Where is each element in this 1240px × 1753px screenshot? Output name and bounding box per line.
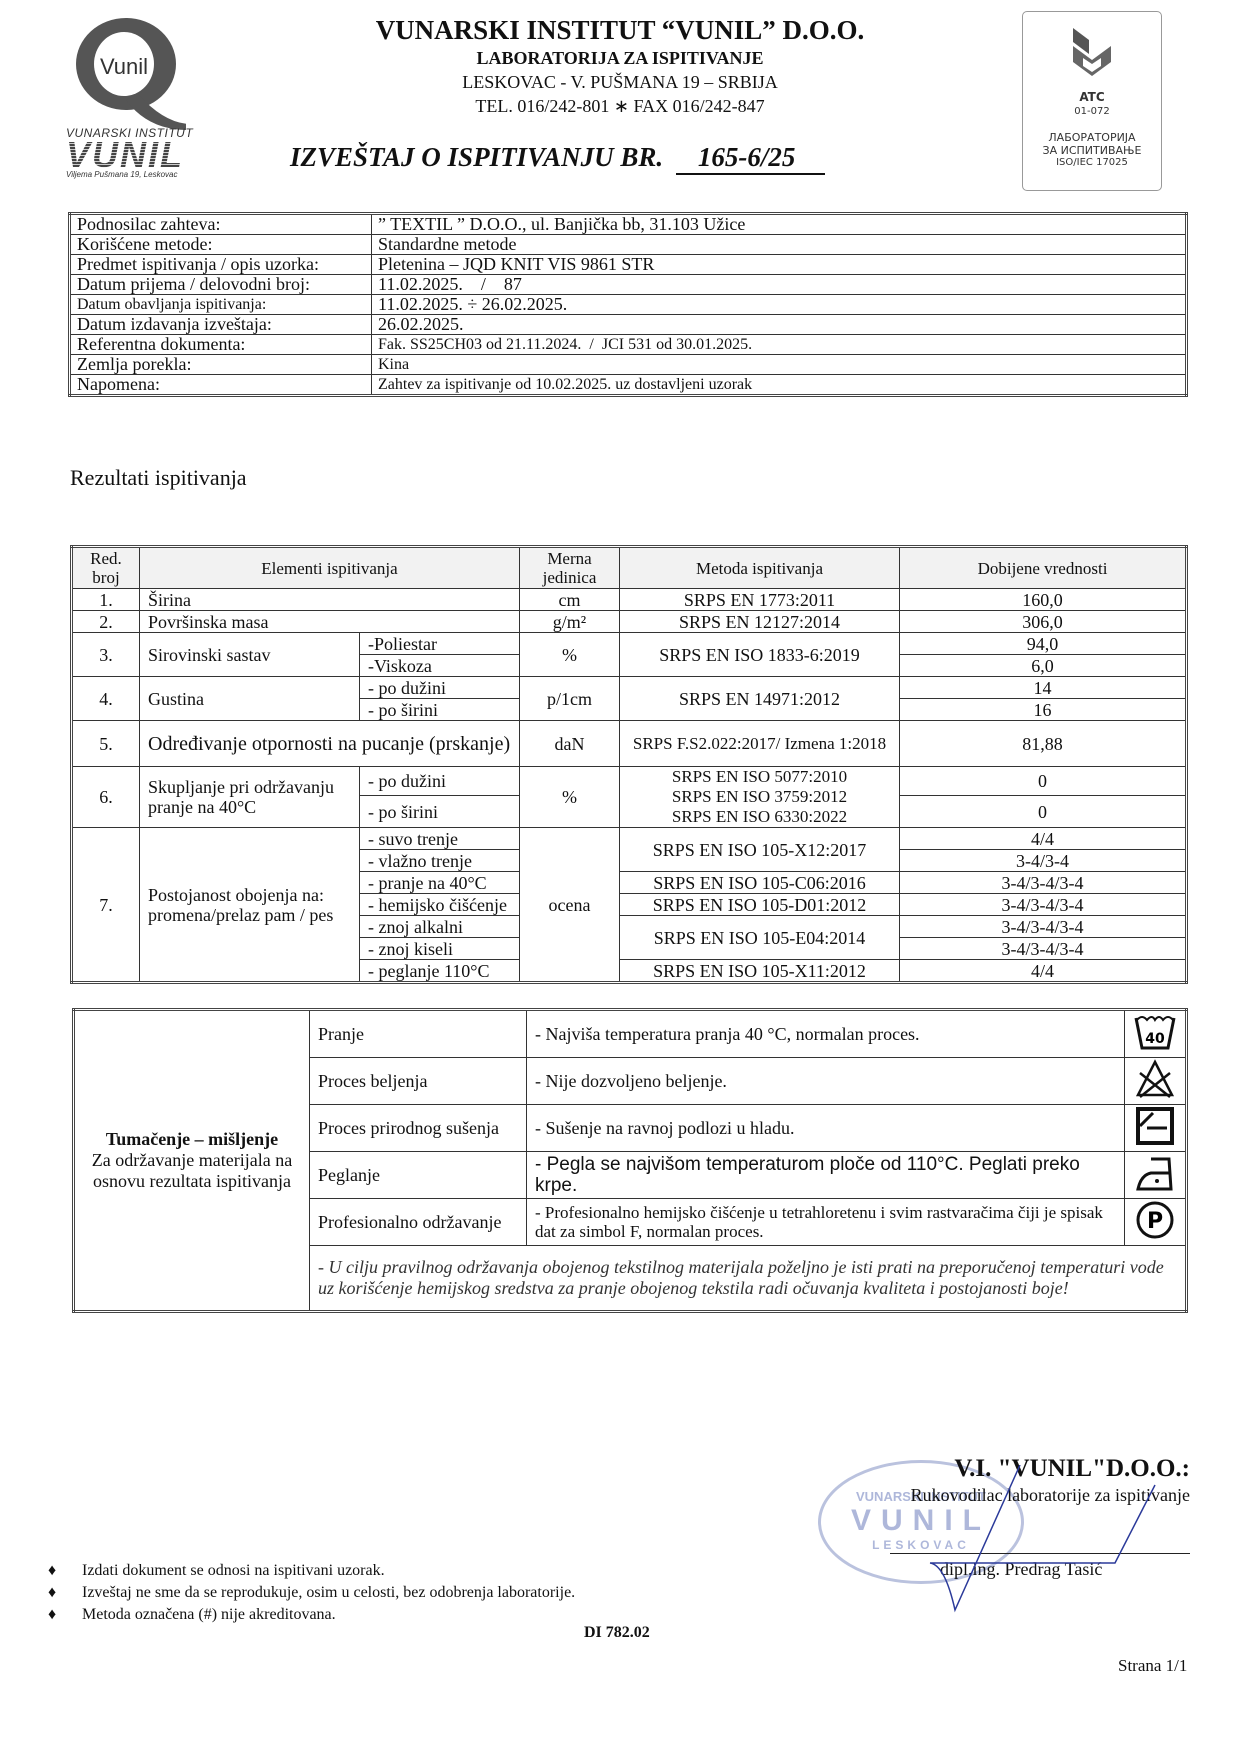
- row-subelement: - hemijsko čišćenje: [360, 894, 520, 916]
- row-unit: %: [520, 767, 620, 828]
- info-value: 11.02.2025. / 87: [372, 275, 1187, 295]
- row-no: 1.: [72, 589, 140, 611]
- footer-note: ♦Metoda označena (#) nije akreditovana.: [48, 1604, 575, 1626]
- info-row: Referentna dokumenta:Fak. SS25CH03 od 21…: [70, 335, 1187, 355]
- row-value: 3-4/3-4/3-4: [900, 894, 1187, 916]
- page-number: Strana 1/1: [1118, 1656, 1187, 1676]
- care-name: Peglanje: [310, 1152, 527, 1199]
- accreditation-badge: ATC 01-072 ЛАБОРАТОРИЈА ЗА ИСПИТИВАЊЕ IS…: [1022, 11, 1162, 191]
- table-row: 3. Sirovinski sastav -Poliestar % SRPS E…: [72, 633, 1187, 655]
- svg-text:Vunil: Vunil: [100, 54, 148, 79]
- care-row-washing: Tumačenje – mišljenje Za održavanje mate…: [74, 1010, 1187, 1058]
- row-unit: %: [520, 633, 620, 677]
- row-method: SRPS EN ISO 105-X12:2017: [620, 828, 900, 872]
- info-row: Datum obavljanja ispitivanja:11.02.2025.…: [70, 295, 1187, 315]
- row-element: Postojanost obojenja na: promena/prelaz …: [140, 828, 360, 983]
- signature-block: V.I. "VUNIL"D.O.O.: Rukovodilac laborato…: [850, 1455, 1190, 1506]
- info-value: Pletenina – JQD KNIT VIS 9861 STR: [372, 255, 1187, 275]
- row-no: 5.: [72, 721, 140, 767]
- row-element: Gustina: [140, 677, 360, 721]
- logo-address: Viljema Pušmana 19, Leskovac: [66, 170, 236, 179]
- row-method: SRPS EN 1773:2011: [620, 589, 900, 611]
- row-element: Sirovinski sastav: [140, 633, 360, 677]
- interpretation-heading: Tumačenje – mišljenje: [83, 1129, 301, 1150]
- row-unit: g/m²: [520, 611, 620, 633]
- row-no: 2.: [72, 611, 140, 633]
- row-value: 4/4: [900, 828, 1187, 850]
- row-subelement: -Viskoza: [360, 655, 520, 677]
- table-row: 5. Određivanje otpornosti na pucanje (pr…: [72, 721, 1187, 767]
- letterhead: VUNARSKI INSTITUT “VUNIL” D.O.O. LABORAT…: [300, 14, 940, 118]
- lab-name: LABORATORIJA ZA ISPITIVANJE: [300, 46, 940, 70]
- row-subelement: - po širini: [360, 699, 520, 721]
- care-name: Profesionalno održavanje: [310, 1199, 527, 1246]
- document-id: DI 782.02: [584, 1624, 650, 1642]
- info-value: Zahtev za ispitivanje od 10.02.2025. uz …: [372, 375, 1187, 396]
- results-table: Red. broj Elementi ispitivanja Merna jed…: [70, 545, 1188, 984]
- table-row: 1. Širina cm SRPS EN 1773:2011 160,0: [72, 589, 1187, 611]
- row-element: Skupljanje pri održavanju pranje na 40°C: [140, 767, 360, 828]
- report-title-label: IZVEŠTAJ O ISPITIVANJU BR.: [290, 142, 663, 172]
- results-header-row: Red. broj Elementi ispitivanja Merna jed…: [72, 547, 1187, 589]
- row-subelement: - po dužini: [360, 767, 520, 796]
- interpretation-heading-cell: Tumačenje – mišljenje Za održavanje mate…: [74, 1010, 310, 1312]
- company-phone: TEL. 016/242-801 ∗ FAX 016/242-847: [300, 94, 940, 118]
- atc-line2: ЗА ИСПИТИВАЊЕ: [1023, 144, 1161, 157]
- row-no: 6.: [72, 767, 140, 828]
- row-subelement: - suvo trenje: [360, 828, 520, 850]
- diamond-bullet-icon: ♦: [48, 1604, 82, 1626]
- logo-brand: VUNIL: [66, 140, 236, 170]
- diamond-bullet-icon: ♦: [48, 1582, 82, 1604]
- row-no: 7.: [72, 828, 140, 983]
- table-row: 4. Gustina - po dužini p/1cm SRPS EN 149…: [72, 677, 1187, 699]
- row-value: 160,0: [900, 589, 1187, 611]
- vunil-q-logo-icon: Vunil: [68, 12, 186, 130]
- header-method: Metoda ispitivanja: [620, 547, 900, 589]
- row-method: SRPS EN ISO 5077:2010 SRPS EN ISO 3759:2…: [620, 767, 900, 828]
- row-method: SRPS EN 14971:2012: [620, 677, 900, 721]
- row-method: SRPS EN ISO 1833-6:2019: [620, 633, 900, 677]
- row-value: 3-4/3-4/3-4: [900, 916, 1187, 938]
- row-no: 3.: [72, 633, 140, 677]
- method-line: SRPS EN ISO 3759:2012: [624, 787, 895, 807]
- info-row: Datum prijema / delovodni broj:11.02.202…: [70, 275, 1187, 295]
- dry-flat-shade-icon: [1125, 1105, 1187, 1152]
- info-label: Datum obavljanja ispitivanja:: [70, 295, 372, 315]
- row-value: 3-4/3-4/3-4: [900, 938, 1187, 960]
- row-method: SRPS EN ISO 105-E04:2014: [620, 916, 900, 960]
- care-note: - U cilju pravilnog održavanja obojenog …: [310, 1246, 1187, 1312]
- info-row: Predmet ispitivanja / opis uzorka:Pleten…: [70, 255, 1187, 275]
- row-no: 4.: [72, 677, 140, 721]
- info-row: Datum izdavanja izveštaja:26.02.2025.: [70, 315, 1187, 335]
- row-value: 3-4/3-4/3-4: [900, 872, 1187, 894]
- company-name: VUNARSKI INSTITUT “VUNIL” D.O.O.: [300, 14, 940, 46]
- info-value: Standardne metode: [372, 235, 1187, 255]
- row-method: SRPS EN ISO 105-C06:2016: [620, 872, 900, 894]
- row-unit: cm: [520, 589, 620, 611]
- svg-text:P: P: [1147, 1209, 1163, 1234]
- header-value: Dobijene vrednosti: [900, 547, 1187, 589]
- row-unit: daN: [520, 721, 620, 767]
- info-row: Zemlja porekla:Kina: [70, 355, 1187, 375]
- row-unit: ocena: [520, 828, 620, 983]
- report-number: 165-6/25: [676, 142, 826, 175]
- row-subelement: -Poliestar: [360, 633, 520, 655]
- table-row: 6. Skupljanje pri održavanju pranje na 4…: [72, 767, 1187, 796]
- atc-accreditation-icon: [1023, 24, 1161, 86]
- row-element: Određivanje otpornosti na pucanje (prska…: [140, 721, 520, 767]
- row-value: 16: [900, 699, 1187, 721]
- info-row: Napomena:Zahtev za ispitivanje od 10.02.…: [70, 375, 1187, 396]
- care-text: - Nije dozvoljeno beljenje.: [527, 1058, 1125, 1105]
- row-subelement: - znoj kiseli: [360, 938, 520, 960]
- care-name: Proces beljenja: [310, 1058, 527, 1105]
- care-name: Pranje: [310, 1010, 527, 1058]
- diamond-bullet-icon: ♦: [48, 1560, 82, 1582]
- row-method: SRPS EN 12127:2014: [620, 611, 900, 633]
- no-bleach-icon: [1125, 1058, 1187, 1105]
- row-method: SRPS EN ISO 105-D01:2012: [620, 894, 900, 916]
- company-address: LESKOVAC - V. PUŠMANA 19 – SRBIJA: [300, 70, 940, 94]
- info-label: Datum prijema / delovodni broj:: [70, 275, 372, 295]
- method-line: SRPS EN ISO 6330:2022: [624, 807, 895, 827]
- atc-line1: ЛАБОРАТОРИЈА: [1023, 131, 1161, 144]
- atc-standard: ISO/IEC 17025: [1023, 157, 1161, 169]
- row-value: 306,0: [900, 611, 1187, 633]
- header-unit: Merna jedinica: [520, 547, 620, 589]
- row-subelement: - po širini: [360, 796, 520, 828]
- table-row: 2. Površinska masa g/m² SRPS EN 12127:20…: [72, 611, 1187, 633]
- info-label: Zemlja porekla:: [70, 355, 372, 375]
- row-method: SRPS F.S2.022:2017/ Izmena 1:2018: [620, 721, 900, 767]
- care-text: - Sušenje na ravnoj podlozi u hladu.: [527, 1105, 1125, 1152]
- interpretation-table: Tumačenje – mišljenje Za održavanje mate…: [72, 1008, 1188, 1313]
- interpretation-subheading: Za održavanje materijala na osnovu rezul…: [83, 1150, 301, 1192]
- table-row: 7. Postojanost obojenja na: promena/prel…: [72, 828, 1187, 850]
- professional-dry-clean-p-icon: P: [1125, 1199, 1187, 1246]
- header-element: Elementi ispitivanja: [140, 547, 520, 589]
- info-row: Korišćene metode:Standardne metode: [70, 235, 1187, 255]
- svg-text:40: 40: [1145, 1031, 1165, 1047]
- handwritten-signature-icon: [890, 1465, 1190, 1615]
- care-text: - Profesionalno hemijsko čišćenje u tetr…: [527, 1199, 1125, 1246]
- row-subelement: - pranje na 40°C: [360, 872, 520, 894]
- row-value: 81,88: [900, 721, 1187, 767]
- footer-notes: ♦Izdati dokument se odnosi na ispitivani…: [48, 1560, 575, 1626]
- row-value: 0: [900, 767, 1187, 796]
- info-value: Kina: [372, 355, 1187, 375]
- row-value: 3-4/3-4: [900, 850, 1187, 872]
- info-label: Referentna dokumenta:: [70, 335, 372, 355]
- atc-name: ATC: [1023, 90, 1161, 104]
- info-label: Podnosilac zahteva:: [70, 214, 372, 235]
- info-value: 11.02.2025. ÷ 26.02.2025.: [372, 295, 1187, 315]
- info-value: ” TEXTIL ” D.O.O., ul. Banjička bb, 31.1…: [372, 214, 1187, 235]
- method-line: SRPS EN ISO 5077:2010: [624, 767, 895, 787]
- report-title: IZVEŠTAJ O ISPITIVANJU BR. 165-6/25: [290, 142, 825, 175]
- row-subelement: - vlažno trenje: [360, 850, 520, 872]
- row-element: Širina: [140, 589, 520, 611]
- footer-note: ♦Izdati dokument se odnosi na ispitivani…: [48, 1560, 575, 1582]
- row-value: 0: [900, 796, 1187, 828]
- care-text: - Pegla se najvišom temperaturom ploče o…: [527, 1152, 1125, 1199]
- info-row: Podnosilac zahteva:” TEXTIL ” D.O.O., ul…: [70, 214, 1187, 235]
- row-element: Površinska masa: [140, 611, 520, 633]
- info-label: Predmet ispitivanja / opis uzorka:: [70, 255, 372, 275]
- results-title: Rezultati ispitivanja: [70, 465, 247, 491]
- info-label: Napomena:: [70, 375, 372, 396]
- header-no: Red. broj: [72, 547, 140, 589]
- atc-code: 01-072: [1023, 106, 1161, 117]
- logo-caption: VUNARSKI INSTITUT VUNIL Viljema Pušmana …: [66, 126, 236, 179]
- iron-low-icon: [1125, 1152, 1187, 1199]
- row-value: 4/4: [900, 960, 1187, 983]
- info-value: Fak. SS25CH03 od 21.11.2024. / JCI 531 o…: [372, 335, 1187, 355]
- row-value: 14: [900, 677, 1187, 699]
- row-subelement: - znoj alkalni: [360, 916, 520, 938]
- row-value: 6,0: [900, 655, 1187, 677]
- info-label: Korišćene metode:: [70, 235, 372, 255]
- row-subelement: - peglanje 110°C: [360, 960, 520, 983]
- row-unit: p/1cm: [520, 677, 620, 721]
- row-value: 94,0: [900, 633, 1187, 655]
- care-text: - Najviša temperatura pranja 40 °C, norm…: [527, 1010, 1125, 1058]
- info-label: Datum izdavanja izveštaja:: [70, 315, 372, 335]
- row-method: SRPS EN ISO 105-X11:2012: [620, 960, 900, 983]
- request-info-table: Podnosilac zahteva:” TEXTIL ” D.O.O., ul…: [68, 212, 1188, 397]
- row-subelement: - po dužini: [360, 677, 520, 699]
- info-value: 26.02.2025.: [372, 315, 1187, 335]
- care-name: Proces prirodnog sušenja: [310, 1105, 527, 1152]
- wash-40-icon: 40: [1125, 1010, 1187, 1058]
- footer-note: ♦Izveštaj ne sme da se reprodukuje, osim…: [48, 1582, 575, 1604]
